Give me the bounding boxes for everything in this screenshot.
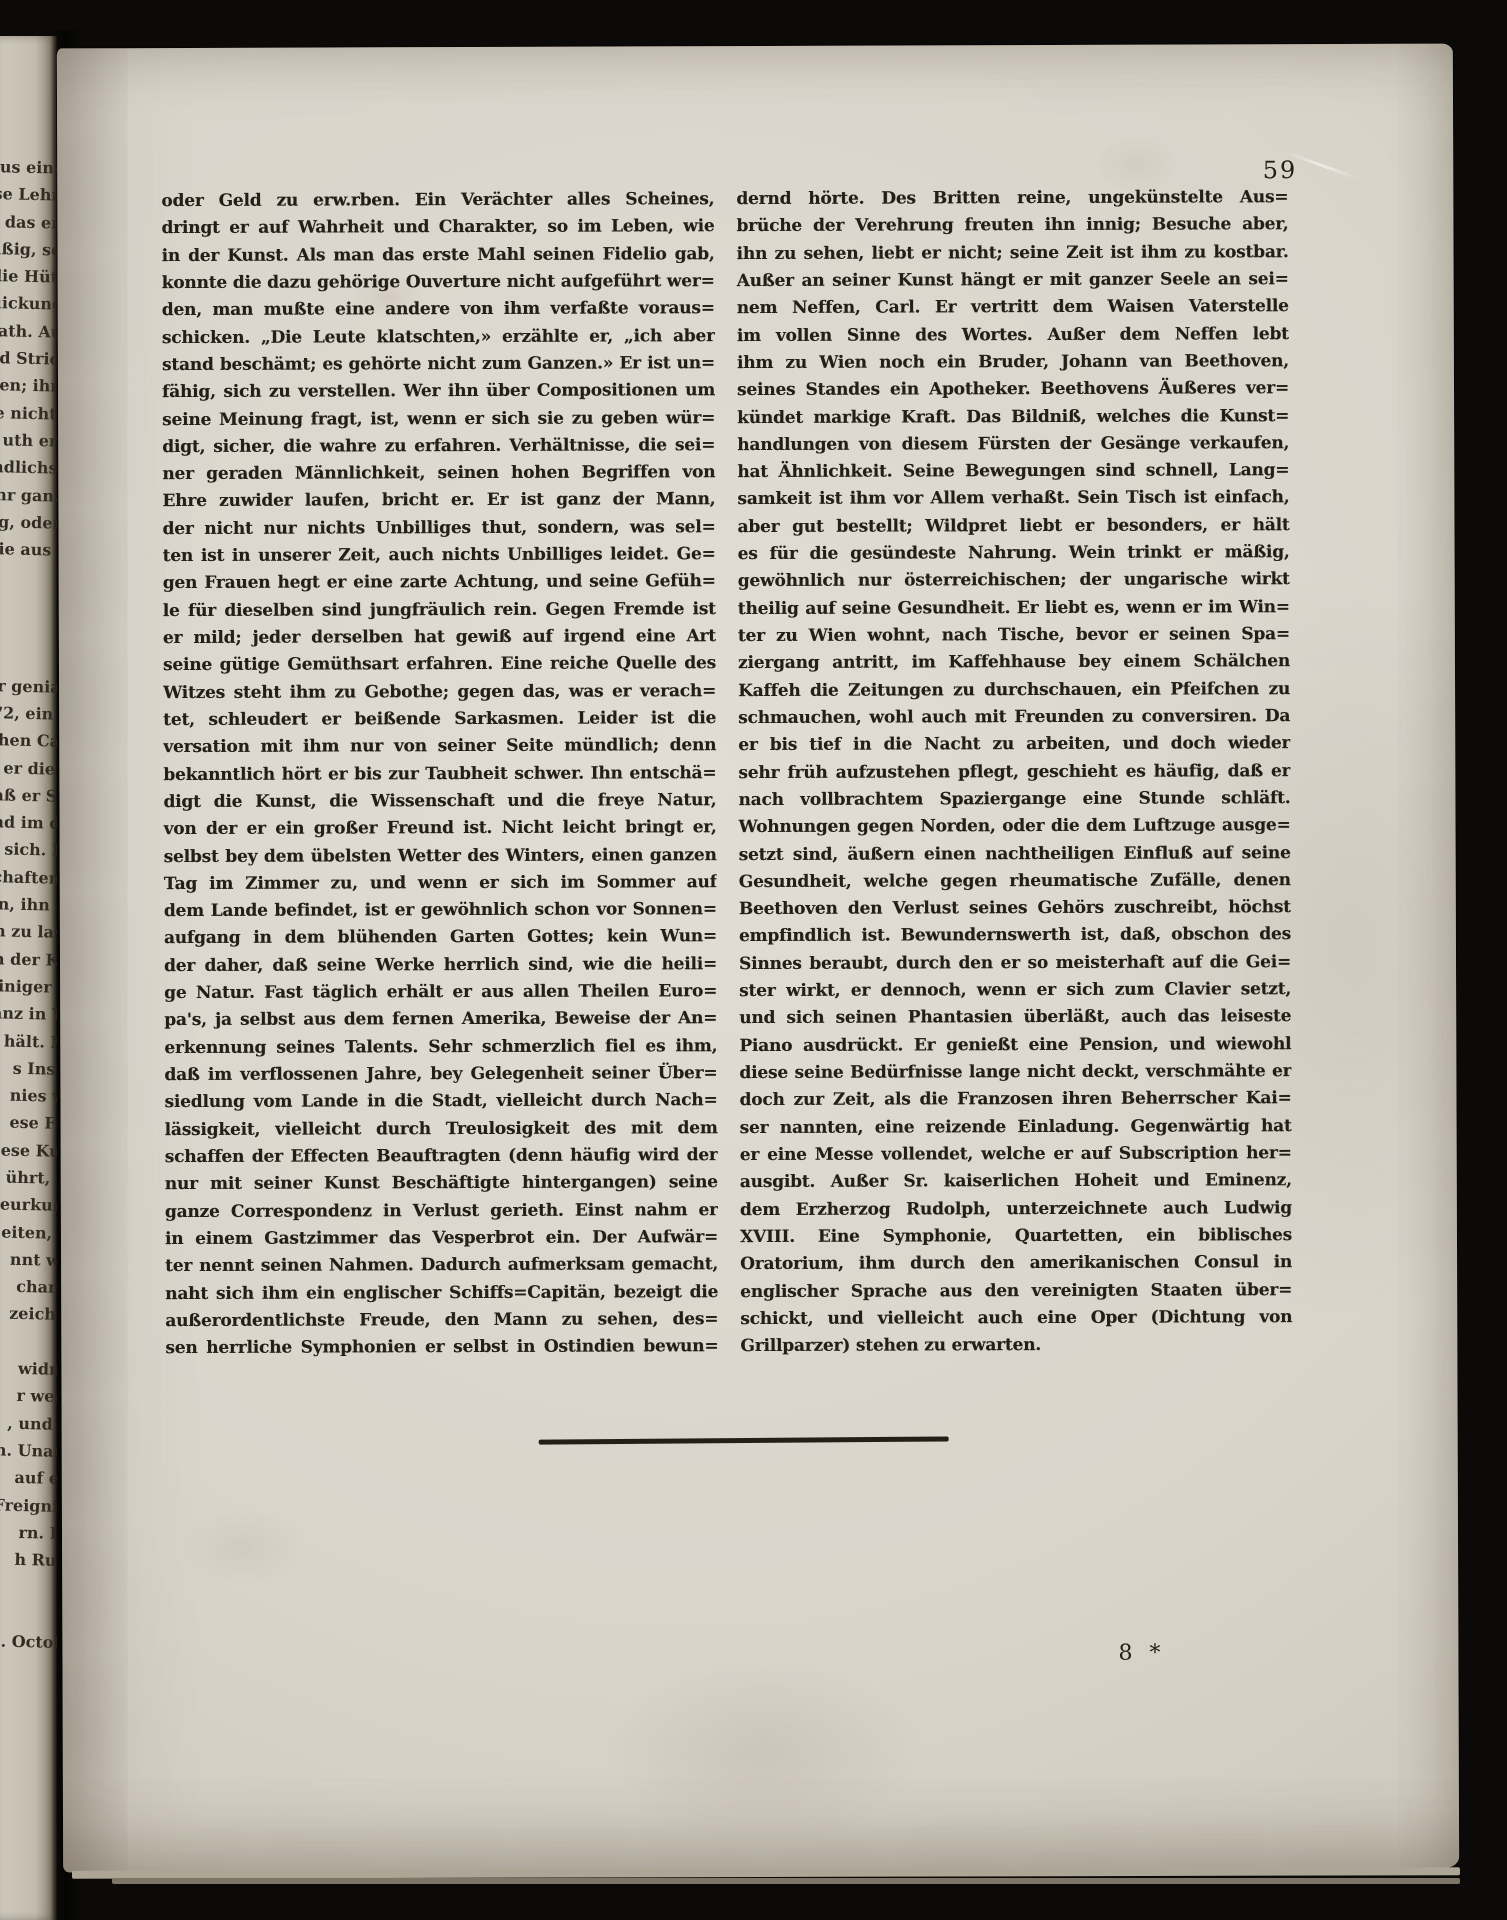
facing-page-text-line: r sich. Diese [0,835,57,866]
facing-page-text-line: e er die Fer= [0,753,57,784]
page-number: 59 [1263,156,1298,184]
text-line: es für die gesündeste Nahrung. Wein trin… [738,539,1290,568]
facing-page-text-line: anz in Wien [0,999,57,1030]
text-line: seine gütige Gemüthsart erfahren. Eine r… [163,650,716,679]
facing-page-text-line: nd im drey= [0,807,57,838]
text-line: digt die Kunst, die Wissenschaft und die… [163,787,716,816]
text-line: seine Meinung fragt, ist, wenn er sich s… [162,405,715,434]
facing-page-text-line [0,644,57,675]
text-line: Sinnes beraubt, durch den er so meisterh… [739,949,1291,978]
facing-page-text-fragments: aus einer früheise Lehren, unn das erste… [0,153,57,1657]
text-line: brüche der Verehrung freuten ihn innig; … [736,211,1288,240]
text-line: im vollen Sinne des Wortes. Außer dem Ne… [737,321,1289,350]
text-line: englischer Sprache aus den vereinigten S… [740,1277,1292,1306]
book-page: 59 oder Geld zu erw.rben. Ein Verächter … [57,44,1459,1873]
facing-page-text-line [0,1326,57,1357]
text-line: aber gut bestellt; Wildpret liebt er bes… [737,512,1289,541]
text-line: schicken. „Die Leute klatschten,» erzähl… [162,323,715,352]
text-line: XVIII. Eine Symphonie, Quartetten, ein b… [740,1222,1292,1251]
text-line: hat Ähnlichkeit. Seine Bewegungen sind s… [737,457,1289,486]
text-line: dringt er auf Wahrheit und Charakter, so… [161,213,714,242]
facing-page-text-line: lln, ihn 1792 [0,889,57,920]
facing-page-text-line: widmet; [0,1353,57,1384]
facing-page-text-line: eise Lehren, un [0,180,57,211]
text-line: Kaffeh die Zeitungen zu durchschauen, ei… [738,676,1290,705]
text-line: digt, sicher, die wahre zu erfahren. Ver… [162,432,715,461]
text-line: naht sich ihm ein englischer Schiffs=Cap… [165,1279,718,1308]
facing-page-text-line: ichen Capelle [0,726,57,757]
text-line: ser nannten, eine reizende Einladung. Ge… [740,1113,1292,1142]
text-line: ihm zu Wien noch ein Bruder, Johann van … [737,348,1289,377]
facing-page-text-line: g die Hütten de [0,262,57,293]
text-line: erkennung seines Talents. Sehr schmerzli… [164,1033,717,1062]
text-line: diese seine Bedürfnisse lange nicht deck… [739,1058,1291,1087]
facing-page-text-line: g, oder Herr [0,507,57,538]
book-photo: aus einer früheise Lehren, unn das erste… [0,0,1507,1920]
text-line: selbst bey dem übelsten Wetter des Winte… [164,842,717,871]
text-line: ihn zu sehen, liebt er nicht; seine Zeit… [736,239,1288,268]
facing-page-text-line: r wenig. [0,1381,57,1412]
facing-page-text-line: ese Fülle, [0,1108,57,1139]
text-line: ter zu Wien wohnt, nach Tische, bevor er… [738,621,1290,650]
facing-page-text-line: ührt, sind [0,1162,57,1193]
text-line: konnte die dazu gehörige Ouverture nicht… [162,268,715,297]
text-line: pa's, ja selbst aus dem fernen Amerika, … [164,1006,717,1035]
facing-page-text-line [0,616,57,647]
text-column-left: oder Geld zu erw.rben. Ein Verächter all… [161,186,718,1362]
text-line: Piano ausdrückt. Er genießt eine Pension… [739,1031,1291,1060]
facing-page-text-line: 72, ein Sohn [0,698,57,729]
facing-page-text-line: einiger Zeit, [0,971,57,1002]
facing-page-text-line: rn. Ihm [0,1517,57,1548]
facing-page-edge: aus einer früheise Lehren, unn das erste… [0,36,57,1920]
text-line: schmauchen, wohl auch mit Freunden zu co… [738,703,1290,732]
text-line: setzt sind, äußern einen nachtheiligen E… [739,840,1291,869]
facing-page-text-line: ie nicht in Un [0,398,57,429]
text-line: ten ist in unserer Zeit, auch nichts Unb… [163,541,716,570]
facing-page-text-line: Freignisse [0,1490,57,1521]
text-column-right: dernd hörte. Des Britten reine, ungeküns… [736,184,1292,1360]
facing-page-text-line: und Strickschu [0,344,57,375]
text-line: aufgang in dem blühenden Garten Gottes; … [164,924,717,953]
text-line: nur mit seiner Kunst Beschäftigte hinter… [165,1169,718,1198]
text-line: dernd hörte. Des Britten reine, ungeküns… [736,184,1288,213]
text-line: daß im verflossenen Jahre, bey Gelegenhe… [164,1060,717,1089]
facing-page-text-line: zeichnet, [0,1299,57,1330]
facing-page-text-line: Rath. Auf eine [0,316,57,347]
text-line: ter nennt seinen Nahmen. Dadurch aufmerk… [165,1251,718,1280]
text-line: dem Erzherzog Rudolph, unterzeichnete au… [740,1195,1292,1224]
text-line: ner geraden Männlichkeit, seinen hohen B… [162,459,715,488]
facing-page-text-line: s Instru= [0,1053,57,1084]
text-line: le für dieselben sind jungfräulich rein.… [163,596,716,625]
text-line: sen herrliche Symphonien er selbst in Os… [165,1333,718,1362]
facing-page-text-line: n. Unaus= [0,1435,57,1466]
text-line: ster wirkt, er dennoch, wenn er sich zum… [739,976,1291,1005]
text-line: Außer an seiner Kunst hängt er mit ganze… [737,266,1289,295]
facing-page-text-line: . October [0,1626,57,1657]
text-line: dem Lande befindet, ist er gewöhnlich sc… [164,896,717,925]
facing-page-text-line: der genialsten [0,671,57,702]
text-line: Ehre zuwider laufen, bricht er. Er ist g… [162,487,715,516]
facing-page-text-line: eurkundet [0,1190,57,1221]
text-line: seines Standes ein Apotheker. Beethovens… [737,375,1289,404]
text-line: der daher, daß seine Werke herrlich sind… [164,951,717,980]
facing-page-text-line: hält. Nach [0,1026,57,1057]
text-line: in der Kunst. Als man das erste Mahl sei… [161,241,714,270]
text-line: bekanntlich hört er bis zur Taubheit sch… [163,760,716,789]
text-line: nach vollbrachtem Spaziergange eine Stun… [738,785,1290,814]
facing-page-text-line: aß er Seba= [0,780,57,811]
facing-page-text-line: , und der [0,1408,57,1439]
facing-page-text-line: nnt wer= [0,1244,57,1275]
text-line: in einem Gastzimmer das Vesperbrot ein. … [165,1224,718,1253]
facing-page-text-line [0,589,57,620]
facing-page-text-line: auf eine [0,1462,57,1493]
facing-page-text-line: h Ruhm [0,1544,57,1575]
text-line: Beethoven den Verlust seines Gehörs zusc… [739,894,1291,923]
text-line: theilig auf seine Gesundheit. Er liebt e… [738,594,1290,623]
facing-page-text-line: charak= [0,1271,57,1302]
facing-page-text-line: den; ihren Un [0,371,57,402]
facing-page-text-line: hr ganzes Le [0,480,57,511]
facing-page-text-line: n das erste Be [0,207,57,238]
text-line: den, man mußte eine andere von ihm verfa… [162,295,715,324]
text-line: doch zur Zeit, als die Franzosen ihren B… [739,1085,1291,1114]
text-line: Witzes steht ihm zu Gebothe; gegen das, … [163,678,716,707]
section-divider-rule [539,1436,949,1444]
text-line: siedlung vom Lande in die Stadt, viellei… [164,1087,717,1116]
text-line: versation mit ihm nur von seiner Seite m… [163,732,716,761]
text-line: ganze Correspondenz in Verlust gerieth. … [165,1197,718,1226]
facing-page-text-line: en zu lassen, [0,917,57,948]
facing-page-text-line: ese Kunst, [0,1135,57,1166]
facing-page-text-line [0,562,57,593]
text-line: von der er ein großer Freund ist. Nicht … [164,814,717,843]
text-line: empfindlich ist. Bewundernswerth ist, da… [739,922,1291,951]
text-line: handlungen von diesem Fürsten der Gesäng… [737,430,1289,459]
text-line: außerordentlichste Freude, den Mann zu s… [165,1306,718,1335]
text-line: oder Geld zu erw.rben. Ein Verächter all… [161,186,714,215]
facing-page-text-line: nies wie= [0,1080,57,1111]
text-line: samkeit ist ihm vor Allem verhaßt. Sein … [737,485,1289,514]
facing-page-text-line: uth ertrug s [0,425,57,456]
facing-page-text-line: in der Kunst [0,944,57,975]
text-line: er eine Messe vollendet, welche er auf S… [740,1140,1292,1169]
facing-page-text-line: rquickungen mi [0,289,57,320]
text-line: stand beschämt; es gehörte nicht zum Gan… [162,350,715,379]
facing-page-text-line: nschaften be= [0,862,57,893]
text-line: ziergang antritt, im Kaffehhause bey ein… [738,648,1290,677]
text-line: fähig, sich zu verstellen. Wer ihn über … [162,377,715,406]
text-line: Grillparzer) stehen zu erwarten. [740,1331,1292,1360]
text-line: er mild; jeder derselben hat gewiß auf i… [163,623,716,652]
text-line: Wohnungen gegen Norden, oder die dem Luf… [738,812,1290,841]
text-line: Oratorium, ihm durch den amerikanischen … [740,1249,1292,1278]
signature-mark: 8 * [1118,1641,1165,1666]
text-line: er bis tief in die Nacht zu arbeiten, un… [738,730,1290,759]
text-line: Gesundheit, welche gegen rheumatische Zu… [739,867,1291,896]
text-line: tet, schleudert er beißende Sarkasmen. L… [163,705,716,734]
text-line: schaffen der Effecten Beauftragten (denn… [165,1142,718,1171]
facing-page-text-line: ndlichste Sin [0,453,57,484]
facing-page-text-line: müßig, sondern [0,234,57,265]
facing-page-text-line: ie aus Pflich [0,535,57,566]
text-line: gen Frauen hegt er eine zarte Achtung, u… [163,569,716,598]
text-line: ge Natur. Fast täglich erhält er aus all… [164,978,717,1007]
text-line: sehr früh aufzustehen pflegt, geschieht … [738,758,1290,787]
page-stack-edge [112,1878,1460,1884]
text-line: schickt, und vielleicht auch eine Oper (… [740,1304,1292,1333]
text-line: kündet markige Kraft. Das Bildniß, welch… [737,403,1289,432]
facing-page-text-line: aus einer früh [0,153,57,184]
text-line: nem Neffen, Carl. Er vertritt dem Waisen… [737,293,1289,322]
text-line: und sich seinen Phantasien überläßt, auc… [739,1004,1291,1033]
facing-page-text-line [0,1599,57,1630]
text-line: ausgibt. Außer Sr. kaiserlichen Hoheit u… [740,1167,1292,1196]
facing-page-text-line: eiten, be= [0,1217,57,1248]
text-line: Tag im Zimmer zu, und wenn er sich im So… [164,869,717,898]
text-line: der nicht nur nichts Unbilliges thut, so… [162,514,715,543]
text-line: lässigkeit, vielleicht durch Treulosigke… [165,1115,718,1144]
text-line: gewöhnlich nur österreichischen; der ung… [738,567,1290,596]
facing-page-text-line [0,1572,57,1603]
